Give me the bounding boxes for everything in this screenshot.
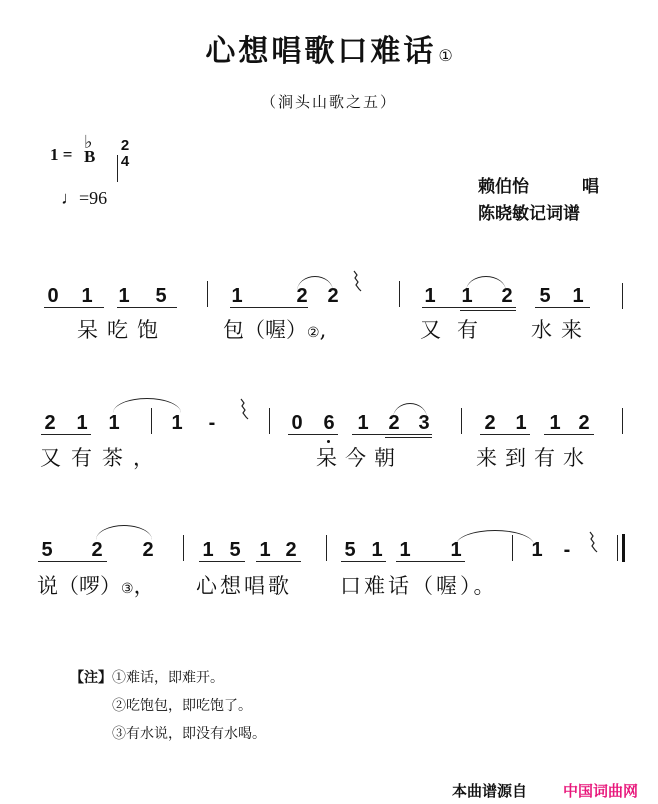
lyric: 又有 — [420, 314, 494, 344]
lyric: 呆今朝 — [316, 442, 403, 472]
tempo-value: =96 — [79, 188, 107, 208]
note: 1 — [548, 413, 562, 433]
key-prefix: 1 = — [50, 145, 72, 164]
annotation-item: ①难话，即难开。 — [112, 670, 224, 686]
note: 1 — [201, 540, 215, 560]
eighth-beam — [288, 434, 338, 435]
eighth-beam — [199, 561, 245, 562]
bar-line — [461, 408, 462, 434]
lyric: 心想唱歌 — [196, 570, 292, 600]
lyric: 说（啰）③， — [37, 570, 155, 600]
annotation-row: ③有水说，即没有水喝。 — [70, 720, 266, 748]
note: 1 — [370, 540, 384, 560]
note: 2 — [284, 540, 298, 560]
song-title: 心想唱歌口难话① — [0, 26, 658, 70]
lyric-text: 包（喔） — [223, 318, 307, 342]
annotation-label: 【注】 — [70, 670, 112, 686]
note: 1 — [75, 413, 89, 433]
annotation-item: ③有水说，即没有水喝。 — [112, 726, 266, 742]
bar-line — [399, 281, 400, 307]
song-subtitle: （涧头山歌之五） — [0, 91, 658, 112]
breath-mark-icon — [588, 531, 600, 553]
bar-line — [622, 408, 623, 434]
eighth-beam — [230, 307, 308, 308]
sixteenth-beam — [460, 310, 516, 311]
sixteenth-beam — [385, 437, 432, 438]
note: 2 — [141, 540, 155, 560]
annotation-row: 【注】①难话，即难开。 — [70, 664, 266, 692]
annotation-item: ②吃饱包，即吃饱了。 — [112, 698, 252, 714]
eighth-beam — [41, 434, 91, 435]
eighth-beam — [352, 434, 432, 435]
eighth-beam — [341, 561, 386, 562]
transcriber-credit: 陈晓敏记词谱 — [478, 199, 580, 224]
breath-mark-icon — [239, 398, 251, 420]
bar-line — [512, 535, 513, 561]
note: 5 — [228, 540, 242, 560]
note: - — [560, 540, 574, 560]
key-signature: 1 = ♭ B — [50, 145, 72, 165]
footnote-marker: ② — [307, 325, 320, 341]
note: 1 — [230, 286, 244, 306]
note: 1 — [107, 413, 121, 433]
note: 0 — [290, 413, 304, 433]
note: 2 — [577, 413, 591, 433]
bar-line — [326, 535, 327, 561]
lyric: 呆吃饱 — [77, 314, 167, 344]
eighth-beam — [535, 307, 590, 308]
bar-line — [183, 535, 184, 561]
bar-line — [151, 408, 152, 434]
tie-slur — [297, 276, 333, 291]
singer-credit: 赖伯怡 唱 — [478, 172, 529, 197]
annotation-row: ②吃饱包，即吃饱了。 — [70, 692, 266, 720]
time-top: 2 — [121, 137, 129, 154]
final-bar-thin — [617, 535, 618, 561]
tie-slur — [96, 525, 152, 540]
note: 5 — [538, 286, 552, 306]
note: - — [205, 413, 219, 433]
lyric: 又有茶， — [40, 442, 164, 472]
eighth-beam — [256, 561, 301, 562]
singer-role: 唱 — [582, 172, 599, 197]
eighth-beam — [422, 307, 516, 308]
lyric: 口难话（喔）。 — [340, 570, 498, 600]
note: 1 — [117, 286, 131, 306]
eighth-beam — [44, 307, 104, 308]
note: 6 — [322, 413, 336, 433]
eighth-beam — [117, 307, 177, 308]
note: 1 — [356, 413, 370, 433]
note: 1 — [80, 286, 94, 306]
time-signature: 2 4 — [117, 138, 133, 170]
punctuation: , — [320, 318, 327, 342]
time-bottom: 4 — [121, 153, 129, 170]
tie-slur — [456, 530, 534, 545]
eighth-beam — [544, 434, 594, 435]
note: 5 — [343, 540, 357, 560]
tie-slur — [113, 398, 181, 413]
eighth-beam — [396, 561, 465, 562]
key-note: B — [84, 147, 95, 167]
note: 2 — [90, 540, 104, 560]
punctuation: ， — [134, 574, 155, 598]
note: 2 — [483, 413, 497, 433]
bar-line — [622, 283, 623, 309]
note: 2 — [43, 413, 57, 433]
song-title-text: 心想唱歌口难话 — [205, 34, 436, 69]
note: 1 — [398, 540, 412, 560]
bar-line — [269, 408, 270, 434]
time-divider — [117, 155, 118, 182]
note: 5 — [154, 286, 168, 306]
note: 1 — [530, 540, 544, 560]
singer-name: 赖伯怡 — [478, 177, 529, 197]
lyric-text: 说（啰） — [37, 574, 121, 598]
eighth-beam — [480, 434, 530, 435]
lyric: 包（喔）②, — [223, 314, 326, 344]
annotations: 【注】①难话，即难开。 ②吃饱包，即吃饱了。 ③有水说，即没有水喝。 — [70, 664, 266, 748]
title-footnote-marker: ① — [438, 46, 452, 65]
lyric: 来到有水 — [476, 442, 592, 472]
note: 1 — [170, 413, 184, 433]
bar-line — [207, 281, 208, 307]
tie-slur — [466, 276, 506, 291]
source-label: 本曲谱源自 — [452, 780, 527, 801]
note: 0 — [46, 286, 60, 306]
note: 1 — [514, 413, 528, 433]
breath-mark-icon — [352, 270, 364, 292]
tie-slur — [393, 403, 427, 418]
tempo-marking: ♩=96 — [61, 188, 107, 209]
final-bar-thick — [622, 534, 625, 562]
note: 1 — [423, 286, 437, 306]
footnote-marker: ③ — [121, 581, 134, 597]
source-site-link[interactable]: 中国词曲网 — [563, 780, 638, 801]
note: 5 — [40, 540, 54, 560]
note: 1 — [258, 540, 272, 560]
lyric: 水来 — [531, 314, 591, 344]
quarter-note-icon: ♩ — [61, 188, 79, 208]
eighth-beam — [38, 561, 107, 562]
note: 1 — [571, 286, 585, 306]
